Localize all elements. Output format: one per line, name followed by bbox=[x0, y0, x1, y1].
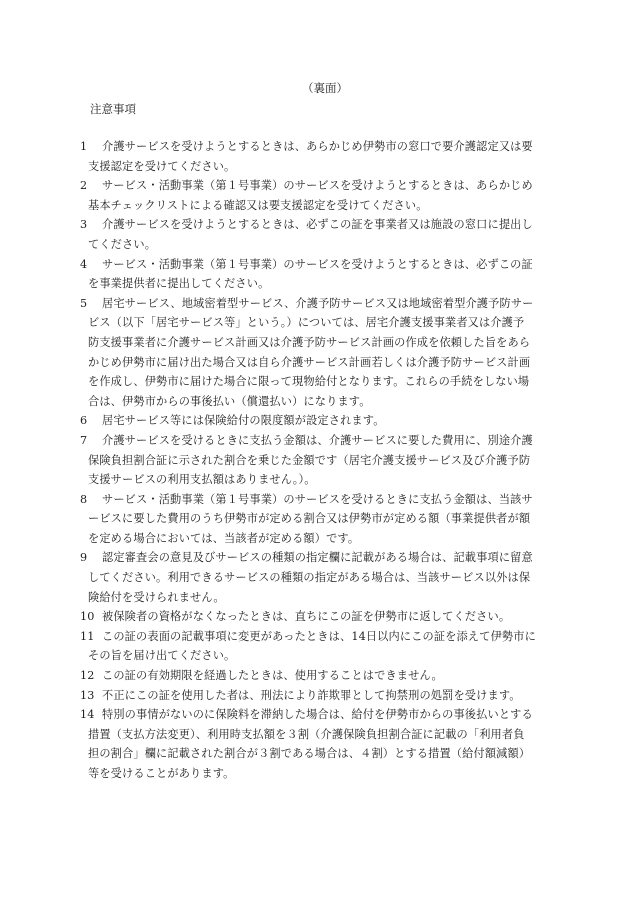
line-text: 不正にこの証を使用した者は、刑法により詐欺罪として拘禁刑の処罰を受けます。 bbox=[102, 689, 521, 702]
document-page: （裏面） 注意事項 1介護サービスを受けようとするときは、あらかじめ伊勢市の窓口… bbox=[0, 0, 630, 903]
line-text: 介護サービスを受けようとするときは、必ずこの証を事業者又は施設の窓口に提出し bbox=[102, 218, 533, 231]
item-number: 5 bbox=[80, 294, 102, 314]
line-text: 被保険者の資格がなくなったときは、直ちにこの証を伊勢市に返してください。 bbox=[102, 610, 510, 623]
line-text: 特別の事情がないのに保険料を滞納した場合は、給付を伊勢市からの事後払いとする bbox=[102, 708, 533, 721]
notice-item-line: 9認定審査会の意見及びサービスの種類の指定欄に記載がある場合は、記載事項に留意 bbox=[80, 548, 580, 568]
notice-continuation-line: 険給付を受けられません。 bbox=[80, 588, 580, 608]
line-text: ビス（以下「居宅サービス等」という。）については、居宅介護支援事業者又は介護予 bbox=[88, 316, 524, 329]
notice-continuation-line: してください。利用できるサービスの種類の指定がある場合は、当該サービス以外は保 bbox=[80, 568, 580, 588]
line-text: この証の有効期限を経過したときは、使用することはできません。 bbox=[102, 669, 443, 682]
notice-continuation-line: ビス（以下「居宅サービス等」という。）については、居宅介護支援事業者又は介護予 bbox=[80, 313, 580, 333]
item-number: 11 bbox=[80, 627, 102, 647]
line-text: 険給付を受けられません。 bbox=[88, 591, 225, 604]
item-number: 10 bbox=[80, 607, 102, 627]
notice-item-line: 7介護サービスを受けるときに支払う金額は、介護サービスに要した費用に、別途介護 bbox=[80, 431, 580, 451]
line-text: 介護サービスを受けようとするときは、あらかじめ伊勢市の窓口で要介護認定又は要 bbox=[102, 140, 533, 153]
notice-item-line: 1介護サービスを受けようとするときは、あらかじめ伊勢市の窓口で要介護認定又は要 bbox=[80, 137, 580, 157]
line-text: サービス・活動事業（第１号事業）のサービスを受けようとするときは、あらかじめ bbox=[102, 179, 533, 192]
item-number: 9 bbox=[80, 548, 102, 568]
item-number: 12 bbox=[80, 666, 102, 686]
line-text: 支援認定を受けてください。 bbox=[88, 160, 235, 173]
line-text: 居宅サービス、地域密着型サービス、介護予防サービス又は地域密着型介護予防サー bbox=[102, 297, 534, 310]
notice-item-line: 11この証の表面の記載事項に変更があったときは、14日以内にこの証を添えて伊勢市… bbox=[80, 627, 580, 647]
notice-continuation-line: 基本チェックリストによる確認又は要支援認定を受けてください。 bbox=[80, 196, 580, 216]
line-text: サービス・活動事業（第１号事業）のサービスを受けようとするときは、必ずこの証 bbox=[102, 258, 533, 271]
line-text: 居宅サービス等には保険給付の限度額が設定されます。 bbox=[102, 414, 385, 427]
line-text: ービスに要した費用のうち伊勢市が定める割合又は伊勢市が定める額（事業提供者が額 bbox=[88, 512, 530, 525]
item-number: 1 bbox=[80, 137, 102, 157]
line-text: かじめ伊勢市に届け出た場合又は自ら介護サービス計画若しくは介護予防サービス計画 bbox=[88, 356, 530, 369]
item-number: 7 bbox=[80, 431, 102, 451]
line-text: 防支援事業者に介護サービス計画又は介護予防サービス計画の作成を依頼した旨をあら bbox=[88, 336, 530, 349]
item-number: 13 bbox=[80, 686, 102, 706]
notice-continuation-line: を作成し、伊勢市に届けた場合に限って現物給付となります。これらの手続をしない場 bbox=[80, 372, 580, 392]
line-text: を作成し、伊勢市に届けた場合に限って現物給付となります。これらの手続をしない場 bbox=[88, 375, 529, 388]
notice-continuation-line: 支援認定を受けてください。 bbox=[80, 157, 580, 177]
line-text: 認定審査会の意見及びサービスの種類の指定欄に記載がある場合は、記載事項に留意 bbox=[102, 551, 533, 564]
line-text: 担の割合」欄に記載された割合が３割である場合は、４割）とする措置（給付額減額） bbox=[88, 747, 530, 760]
notice-list: 1介護サービスを受けようとするときは、あらかじめ伊勢市の窓口で要介護認定又は要支… bbox=[80, 137, 580, 784]
section-heading: 注意事項 bbox=[90, 101, 136, 117]
line-text: を定める場合においては、当該者が定める額）です。 bbox=[88, 532, 359, 545]
line-text: サービス・活動事業（第１号事業）のサービスを受けるときに支払う金額は、当該サ bbox=[102, 493, 533, 506]
notice-item-line: 4サービス・活動事業（第１号事業）のサービスを受けようとするときは、必ずこの証 bbox=[80, 255, 580, 275]
line-text: てください。 bbox=[88, 238, 156, 251]
notice-continuation-line: 防支援事業者に介護サービス計画又は介護予防サービス計画の作成を依頼した旨をあら bbox=[80, 333, 580, 353]
line-text: してください。利用できるサービスの種類の指定がある場合は、当該サービス以外は保 bbox=[88, 571, 530, 584]
notice-continuation-line: 支援サービスの利用支払額はありません。）。 bbox=[80, 470, 580, 490]
line-text: 保険負担割合証に示された割合を乗じた金額です（居宅介護支援サービス及び介護予防 bbox=[88, 454, 530, 467]
item-number: 6 bbox=[80, 411, 102, 431]
line-text: 介護サービスを受けるときに支払う金額は、介護サービスに要した費用に、別途介護 bbox=[102, 434, 533, 447]
item-number: 4 bbox=[80, 255, 102, 275]
item-number: 8 bbox=[80, 490, 102, 510]
notice-item-line: 13不正にこの証を使用した者は、刑法により詐欺罪として拘禁刑の処罰を受けます。 bbox=[80, 686, 580, 706]
line-text: を事業提供者に提出してください。 bbox=[88, 277, 269, 290]
notice-continuation-line: その旨を届け出てください。 bbox=[80, 646, 580, 666]
notice-item-line: 6居宅サービス等には保険給付の限度額が設定されます。 bbox=[80, 411, 580, 431]
notice-continuation-line: 担の割合」欄に記載された割合が３割である場合は、４割）とする措置（給付額減額） bbox=[80, 744, 580, 764]
notice-continuation-line: てください。 bbox=[80, 235, 580, 255]
line-text: その旨を届け出てください。 bbox=[88, 649, 235, 662]
notice-continuation-line: を定める場合においては、当該者が定める額）です。 bbox=[80, 529, 580, 549]
notice-item-line: 10被保険者の資格がなくなったときは、直ちにこの証を伊勢市に返してください。 bbox=[80, 607, 580, 627]
item-number: 14 bbox=[80, 705, 102, 725]
page-title: （裏面） bbox=[10, 80, 630, 96]
line-text: 合は、伊勢市からの事後払い（償還払い）になります。 bbox=[88, 395, 371, 408]
notice-item-line: 12この証の有効期限を経過したときは、使用することはできません。 bbox=[80, 666, 580, 686]
line-text: 支援サービスの利用支払額はありません。）。 bbox=[88, 473, 316, 486]
notice-item-line: 14特別の事情がないのに保険料を滞納した場合は、給付を伊勢市からの事後払いとする bbox=[80, 705, 580, 725]
notice-continuation-line: かじめ伊勢市に届け出た場合又は自ら介護サービス計画若しくは介護予防サービス計画 bbox=[80, 353, 580, 373]
notice-continuation-line: 合は、伊勢市からの事後払い（償還払い）になります。 bbox=[80, 392, 580, 412]
item-number: 2 bbox=[80, 176, 102, 196]
line-text: 基本チェックリストによる確認又は要支援認定を受けてください。 bbox=[88, 199, 428, 212]
line-text: この証の表面の記載事項に変更があったときは、14日以内にこの証を添えて伊勢市に bbox=[102, 630, 536, 643]
notice-item-line: 2サービス・活動事業（第１号事業）のサービスを受けようとするときは、あらかじめ bbox=[80, 176, 580, 196]
notice-continuation-line: 措置（支払方法変更）、利用時支払額を３割（介護保険負担割合証に記載の「利用者負 bbox=[80, 725, 580, 745]
notice-item-line: 5居宅サービス、地域密着型サービス、介護予防サービス又は地域密着型介護予防サー bbox=[80, 294, 580, 314]
notice-continuation-line: ービスに要した費用のうち伊勢市が定める割合又は伊勢市が定める額（事業提供者が額 bbox=[80, 509, 580, 529]
line-text: 等を受けることがあります。 bbox=[88, 767, 235, 780]
notice-item-line: 8サービス・活動事業（第１号事業）のサービスを受けるときに支払う金額は、当該サ bbox=[80, 490, 580, 510]
notice-continuation-line: 等を受けることがあります。 bbox=[80, 764, 580, 784]
item-number: 3 bbox=[80, 215, 102, 235]
notice-continuation-line: 保険負担割合証に示された割合を乗じた金額です（居宅介護支援サービス及び介護予防 bbox=[80, 451, 580, 471]
line-text: 措置（支払方法変更）、利用時支払額を３割（介護保険負担割合証に記載の「利用者負 bbox=[88, 728, 525, 741]
notice-continuation-line: を事業提供者に提出してください。 bbox=[80, 274, 580, 294]
notice-item-line: 3介護サービスを受けようとするときは、必ずこの証を事業者又は施設の窓口に提出し bbox=[80, 215, 580, 235]
